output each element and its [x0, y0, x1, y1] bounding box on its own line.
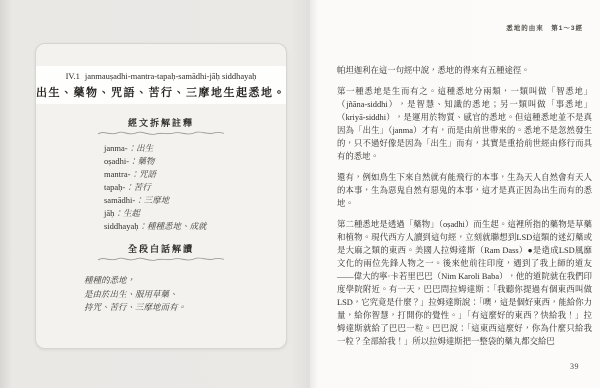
decorative-squiggle: [96, 254, 226, 264]
definition-term: oṣadhi-: [104, 156, 129, 166]
definition-separator: ：: [130, 169, 139, 179]
definition-term: tapaḥ-: [104, 182, 125, 192]
running-header: 悉地的由來 第1～3經: [506, 23, 583, 32]
definition-meaning: 苦行: [134, 182, 151, 192]
definition-term: jāḥ: [104, 208, 114, 218]
sutra-header: IV.1janmauṣadhi-mantra-tapaḥ-samādhi-jāḥ…: [36, 66, 286, 104]
paragraph: 還有，例如鳥生下來自然就有能飛行的本事，生為天人自然會有天人的本事，生為惡鬼自然…: [337, 171, 592, 210]
plain-reading-line: 持咒、苦行、三摩地而有。: [84, 301, 186, 315]
plain-reading-text: 種種的悉地， 是由於出生、服用草藥、 持咒、苦行、三摩地而有。: [84, 274, 186, 315]
definition-meaning: 生起: [123, 208, 140, 218]
paragraph: 帕坦迦利在這一句經中說，悉地的得來有五種途徑。: [337, 64, 592, 77]
sutra-number: IV.1: [66, 71, 80, 81]
plain-reading-line: 種種的悉地，: [84, 274, 186, 288]
definition-row: siddhayaḥ：種種悉地、成就: [104, 220, 207, 233]
definition-row: janma-：出生: [104, 142, 207, 155]
left-page: IV.1janmauṣadhi-mantra-tapaḥ-samādhi-jāḥ…: [0, 0, 310, 388]
decorative-squiggle: [96, 128, 226, 138]
definition-row: mantra-：咒語: [104, 168, 207, 181]
definition-separator: ：: [125, 182, 134, 192]
book-spread: IV.1janmauṣadhi-mantra-tapaḥ-samādhi-jāḥ…: [0, 0, 600, 388]
body-text: 帕坦迦利在這一句經中說，悉地的得來有五種途徑。 第一種悉地是生而有之。這種悉地分…: [337, 64, 592, 356]
definition-separator: ：: [114, 208, 123, 218]
definition-separator: ：: [129, 156, 138, 166]
definition-meaning: 出生: [136, 143, 153, 153]
right-page: 悉地的由來 第1～3經 帕坦迦利在這一句經中說，悉地的得來有五種途徑。 第一種悉…: [310, 0, 600, 388]
definition-term: samādhi-: [104, 195, 135, 205]
definition-separator: ：: [135, 195, 144, 205]
definition-row: tapaḥ-：苦行: [104, 181, 207, 194]
definition-term: mantra-: [104, 169, 130, 179]
definition-term: janma-: [104, 143, 128, 153]
paragraph: 第二種悉地是透過「藥物」（oṣadhi）而生起。這裡所指的藥物是草藥和植物。現代…: [337, 218, 592, 348]
definition-row: jāḥ：生起: [104, 207, 207, 220]
definition-separator: ：: [138, 221, 147, 231]
sutra-box: IV.1janmauṣadhi-mantra-tapaḥ-samādhi-jāḥ…: [35, 43, 287, 349]
plain-reading-line: 是由於出生、服用草藥、: [84, 288, 186, 302]
definition-meaning: 三摩地: [144, 195, 170, 205]
paragraph: 第一種悉地是生而有之。這種悉地分兩類，一類叫做「智悉地」（jñāna-siddh…: [337, 85, 592, 163]
definition-list: janma-：出生 oṣadhi-：藥物 mantra-：咒語 tapaḥ-：苦…: [104, 142, 207, 233]
sutra-translation: 出生、藥物、咒語、苦行、三摩地生起悉地。: [36, 84, 286, 100]
definition-term: siddhayaḥ: [104, 221, 138, 231]
definition-meaning: 咒語: [139, 169, 156, 179]
definition-meaning: 藥物: [138, 156, 155, 166]
definition-meaning: 種種悉地、成就: [147, 221, 207, 231]
sutra-sanskrit: janmauṣadhi-mantra-tapaḥ-samādhi-jāḥ sid…: [85, 71, 257, 81]
sutra-sanskrit-line: IV.1janmauṣadhi-mantra-tapaḥ-samādhi-jāḥ…: [66, 71, 257, 81]
definition-row: oṣadhi-：藥物: [104, 155, 207, 168]
definition-separator: ：: [128, 143, 137, 153]
page-number: 39: [570, 362, 579, 371]
definition-row: samādhi-：三摩地: [104, 194, 207, 207]
